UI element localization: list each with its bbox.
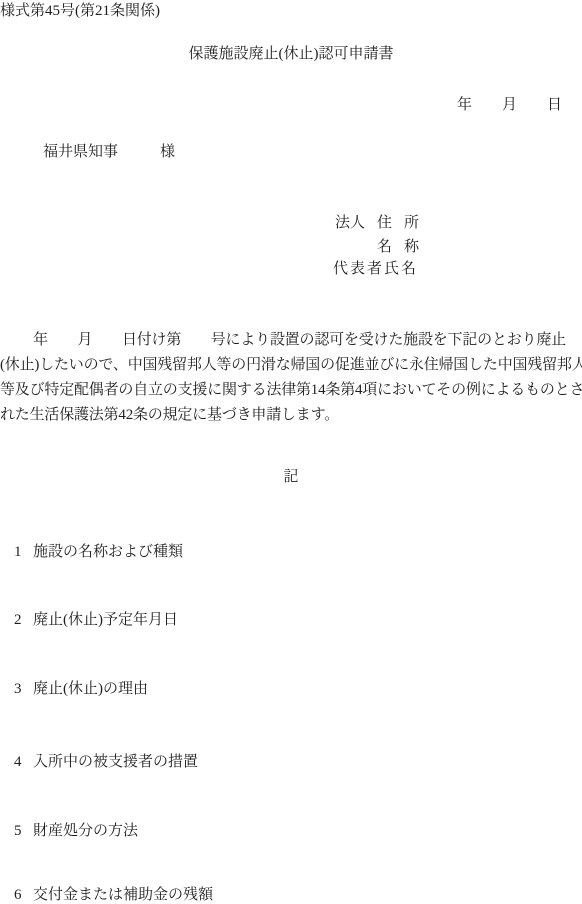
- applicant-corporation-label: 法人: [335, 216, 365, 231]
- list-item-2: 2 廃止(休止)予定年月日: [14, 611, 178, 629]
- addressee-honorific: 様: [160, 145, 175, 160]
- addressee-name: 福井県知事: [43, 145, 118, 160]
- item-number: 3: [14, 680, 33, 698]
- item-number: 6: [14, 886, 33, 904]
- applicant-representative-label: 代表者氏名: [333, 262, 418, 277]
- applicant-address-char-2: 所: [404, 216, 419, 231]
- body-paragraph-line-1: 年 月 日付け第 号により設置の認可を受けた施設を下記のとおり廃止: [0, 331, 566, 349]
- item-number: 4: [14, 753, 33, 771]
- body-paragraph-line-4: れた生活保護法第42条の規定に基づき申請します。: [0, 406, 339, 424]
- applicant-address-char-1: 住: [377, 216, 392, 231]
- applicant-name-line: 名 称: [377, 240, 419, 255]
- item-label: 交付金または補助金の残額: [33, 886, 213, 904]
- applicant-address-line: 法人 住 所: [335, 216, 419, 231]
- list-item-6: 6 交付金または補助金の残額: [14, 886, 213, 904]
- item-label: 廃止(休止)予定年月日: [33, 611, 178, 629]
- list-item-5: 5 財産処分の方法: [14, 822, 138, 840]
- document-page: 様式第45号(第21条関係) 保護施設廃止(休止)認可申請書 年 月 日 福井県…: [0, 0, 582, 904]
- item-label: 施設の名称および種類: [33, 543, 183, 561]
- item-label: 財産処分の方法: [33, 822, 138, 840]
- item-number: 2: [14, 611, 33, 629]
- list-item-3: 3 廃止(休止)の理由: [14, 680, 148, 698]
- body-paragraph-line-3: 等及び特定配偶者の自立の支援に関する法律第14条第4項においてその例によるものと…: [0, 381, 582, 399]
- item-number: 5: [14, 822, 33, 840]
- record-marker: 記: [0, 470, 582, 485]
- item-label: 廃止(休止)の理由: [33, 680, 148, 698]
- item-number: 1: [14, 543, 33, 561]
- list-item-4: 4 入所中の被支援者の措置: [14, 753, 198, 771]
- applicant-name-char-1: 名: [377, 240, 392, 255]
- applicant-name-char-2: 称: [404, 240, 419, 255]
- date-line: 年 月 日: [457, 98, 562, 113]
- form-number: 様式第45号(第21条関係): [0, 4, 160, 19]
- list-item-1: 1 施設の名称および種類: [14, 543, 183, 561]
- item-label: 入所中の被支援者の措置: [33, 753, 198, 771]
- page-title: 保護施設廃止(休止)認可申請書: [0, 47, 582, 62]
- body-paragraph-line-2: (休止)したいので、中国残留邦人等の円滑な帰国の促進並びに永住帰国した中国残留邦…: [0, 356, 582, 374]
